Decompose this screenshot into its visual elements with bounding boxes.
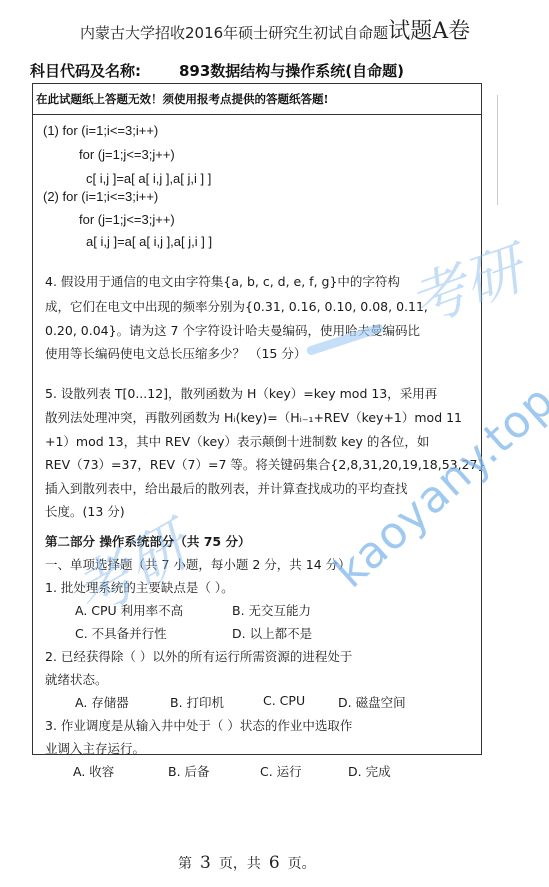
page-middle: 页，共 <box>219 856 261 872</box>
question-3-option-a: A. 收容 <box>73 762 114 780</box>
question-1-option-b: B. 无交互能力 <box>232 601 311 619</box>
question-3-option-c: C. 运行 <box>260 762 302 780</box>
section-1-heading: 一、单项选择题（共 7 小题，每小题 2 分，共 14 分） <box>45 555 351 573</box>
question-1-option-a: A. CPU 利用率不高 <box>75 601 183 619</box>
question-1-stem: 1. 批处理系统的主要缺点是（ ）。 <box>45 578 234 596</box>
question-5-line: 长度。(13 分) <box>45 502 125 520</box>
code-line: (2) for (i=1;i<=3;i++) <box>43 189 158 204</box>
question-5-line: +1）mod 13，其中 REV（key）表示颠倒十进制数 key 的各位，如 <box>45 432 429 450</box>
question-5-line: REV（73）=37，REV（7）=7 等。将关键码集合{2,8,31,20,1… <box>45 455 485 473</box>
question-2-option-c: C. CPU <box>263 693 305 708</box>
question-5-line: 5. 设散列表 T[0...12]，散列函数为 H（key）=key mod 1… <box>45 384 437 402</box>
page-prefix: 第 <box>178 856 192 872</box>
question-5-line: 散列法处理冲突，再散列函数为 Hᵢ(key)=（Hᵢ₋₁+REV（key+1）m… <box>45 408 462 426</box>
question-1-option-d: D. 以上都不是 <box>232 624 312 642</box>
code-line: (1) for (i=1;i<=3;i++) <box>43 123 158 138</box>
question-3-stem-line1: 3. 作业调度是从输入井中处于（ ）状态的作业中选取作 <box>45 716 352 734</box>
question-2-option-a: A. 存储器 <box>75 693 129 711</box>
code-line: a[ i,j ]=a[ a[ i,j ],a[ j,i ] ] <box>86 234 212 249</box>
code-line: c[ i,j ]=a[ a[ i,j ],a[ j,i ] ] <box>86 171 211 186</box>
code-line: for (j=1;j<=3;j++) <box>79 212 175 227</box>
question-2-stem-line1: 2. 已经获得除（ ）以外的所有运行所需资源的进程处于 <box>45 647 352 665</box>
current-page: 3 <box>200 853 211 873</box>
question-1-option-c: C. 不具备并行性 <box>75 624 167 642</box>
question-3-option-b: B. 后备 <box>168 762 210 780</box>
question-3-stem-line2: 业调入主存运行。 <box>45 739 145 757</box>
question-4-line: 使用等长编码使电文总长压缩多少？ （15 分） <box>45 344 306 362</box>
part-2-heading: 第二部分 操作系统部分（共 75 分） <box>45 532 250 550</box>
question-5-line: 插入到散列表中，给出最后的散列表，并计算查找成功的平均查找 <box>45 479 408 497</box>
question-4-line: 4. 假设用于通信的电文由字符集{a, b, c, d, e, f, g}中的字… <box>45 272 400 290</box>
question-2-option-b: B. 打印机 <box>170 693 224 711</box>
question-4-line: 成，它们在电文中出现的频率分别为{0.31, 0.16, 0.10, 0.08,… <box>45 297 428 315</box>
question-3-option-d: D. 完成 <box>348 762 391 780</box>
page-indicator: 第3页，共6页。 <box>178 853 316 873</box>
code-line: for (j=1;j<=3;j++) <box>79 147 175 162</box>
exam-content: (1) for (i=1;i<=3;i++) for (j=1;j<=3;j++… <box>0 0 549 887</box>
question-2-stem-line2: 就绪状态。 <box>45 670 108 688</box>
total-pages: 6 <box>269 853 280 873</box>
question-2-option-d: D. 磁盘空间 <box>338 693 406 711</box>
page-suffix: 页。 <box>288 856 316 872</box>
